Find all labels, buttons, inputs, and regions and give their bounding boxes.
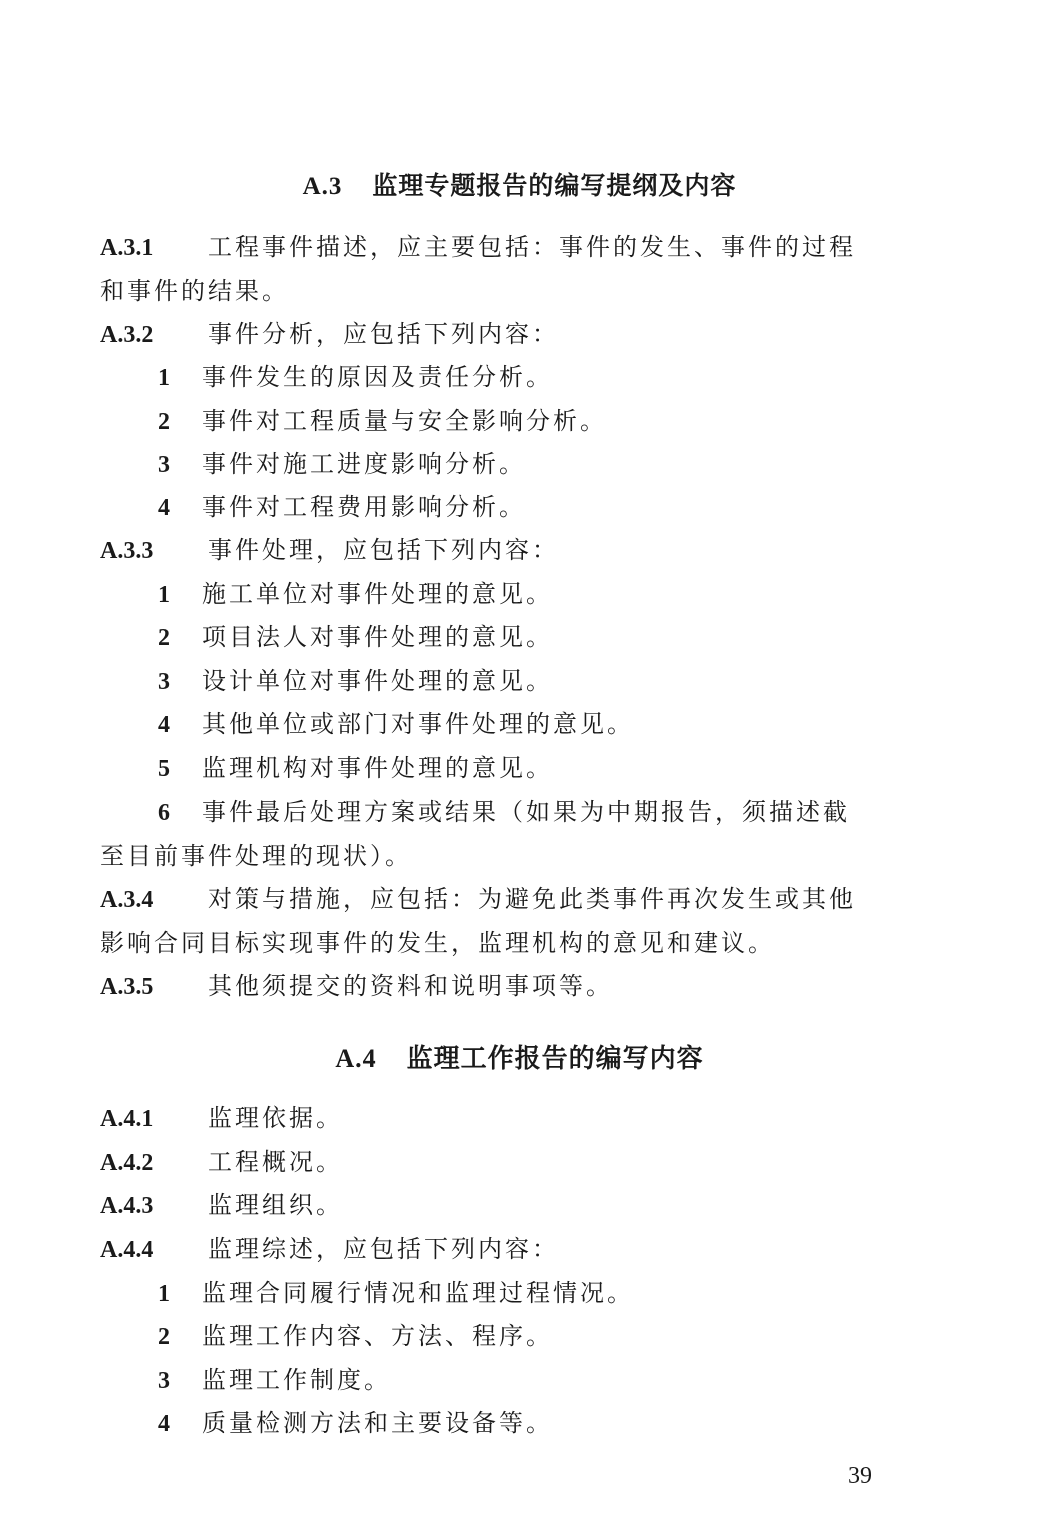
clause-a3-4-line-2: 影响合同目标实现事件的发生，监理机构的意见和建议。 bbox=[100, 927, 930, 959]
item-number: 3 bbox=[158, 449, 202, 481]
item-number: 2 bbox=[158, 406, 202, 438]
clause-number: A.3.4 bbox=[100, 884, 208, 916]
section-number: A.4 bbox=[335, 1044, 376, 1073]
clause-a4-4: A.4.4监理综述，应包括下列内容： bbox=[100, 1233, 930, 1266]
item-text: 事件对工程费用影响分析。 bbox=[202, 493, 526, 521]
item-number: 2 bbox=[158, 1321, 202, 1353]
clause-text: 和事件的结果。 bbox=[100, 277, 289, 305]
list-item-continuation: 至目前事件处理的现状）。 bbox=[100, 840, 930, 872]
list-item: 3事件对施工进度影响分析。 bbox=[158, 448, 988, 481]
clause-text: 其他须提交的资料和说明事项等。 bbox=[208, 972, 613, 1000]
clause-a3-4-line-1: A.3.4对策与措施，应包括：为避免此类事件再次发生或其他 bbox=[100, 883, 930, 916]
clause-text: 影响合同目标实现事件的发生，监理机构的意见和建议。 bbox=[100, 929, 775, 957]
item-number: 4 bbox=[158, 1408, 202, 1440]
item-number: 3 bbox=[158, 666, 202, 698]
item-text: 监理工作制度。 bbox=[202, 1366, 391, 1394]
item-number: 2 bbox=[158, 622, 202, 654]
item-text: 事件最后处理方案或结果（如果为中期报告，须描述截 bbox=[202, 798, 850, 826]
clause-a3-1-line-1: A.3.1工程事件描述，应主要包括：事件的发生、事件的过程 bbox=[100, 231, 930, 264]
list-item: 4事件对工程费用影响分析。 bbox=[158, 491, 988, 524]
item-number: 1 bbox=[158, 1278, 202, 1310]
item-text: 监理机构对事件处理的意见。 bbox=[202, 754, 553, 782]
clause-number: A.4.3 bbox=[100, 1190, 208, 1222]
clause-number: A.3.2 bbox=[100, 319, 208, 351]
clause-number: A.3.3 bbox=[100, 535, 208, 567]
clause-text: 事件处理，应包括下列内容： bbox=[208, 536, 559, 564]
list-item: 2监理工作内容、方法、程序。 bbox=[158, 1320, 988, 1353]
clause-number: A.4.2 bbox=[100, 1147, 208, 1179]
clause-a3-1-line-2: 和事件的结果。 bbox=[100, 275, 930, 307]
clause-text: 工程事件描述，应主要包括：事件的发生、事件的过程 bbox=[208, 233, 856, 261]
list-item: 3监理工作制度。 bbox=[158, 1364, 988, 1397]
clause-a4-3: A.4.3监理组织。 bbox=[100, 1189, 930, 1222]
item-number: 4 bbox=[158, 492, 202, 524]
section-heading-a3: A.3监理专题报告的编写提纲及内容 bbox=[0, 166, 1039, 202]
list-item: 2事件对工程质量与安全影响分析。 bbox=[158, 405, 988, 438]
clause-number: A.3.5 bbox=[100, 971, 208, 1003]
item-number: 1 bbox=[158, 362, 202, 394]
item-number: 4 bbox=[158, 709, 202, 741]
item-text: 项目法人对事件处理的意见。 bbox=[202, 623, 553, 651]
clause-text: 监理依据。 bbox=[208, 1104, 343, 1132]
item-text: 事件对工程质量与安全影响分析。 bbox=[202, 407, 607, 435]
section-heading-a4: A.4监理工作报告的编写内容 bbox=[0, 1038, 1039, 1075]
clause-a3-2: A.3.2事件分析，应包括下列内容： bbox=[100, 318, 930, 351]
list-item: 6事件最后处理方案或结果（如果为中期报告，须描述截 bbox=[158, 796, 988, 829]
list-item: 4质量检测方法和主要设备等。 bbox=[158, 1407, 988, 1440]
item-number: 5 bbox=[158, 753, 202, 785]
clause-number: A.4.1 bbox=[100, 1103, 208, 1135]
clause-text: 监理综述，应包括下列内容： bbox=[208, 1235, 559, 1263]
clause-number: A.4.4 bbox=[100, 1234, 208, 1266]
list-item: 1监理合同履行情况和监理过程情况。 bbox=[158, 1277, 988, 1310]
section-title: 监理专题报告的编写提纲及内容 bbox=[372, 171, 736, 200]
item-text: 质量检测方法和主要设备等。 bbox=[202, 1409, 553, 1437]
item-number: 1 bbox=[158, 579, 202, 611]
clause-a3-5: A.3.5其他须提交的资料和说明事项等。 bbox=[100, 970, 930, 1003]
list-item: 1事件发生的原因及责任分析。 bbox=[158, 361, 988, 394]
document-page: A.3监理专题报告的编写提纲及内容 A.3.1工程事件描述，应主要包括：事件的发… bbox=[0, 0, 1039, 1530]
item-text: 至目前事件处理的现状）。 bbox=[100, 842, 412, 870]
item-text: 施工单位对事件处理的意见。 bbox=[202, 580, 553, 608]
list-item: 1施工单位对事件处理的意见。 bbox=[158, 578, 988, 611]
page-number: 39 bbox=[848, 1463, 872, 1490]
list-item: 5监理机构对事件处理的意见。 bbox=[158, 752, 988, 785]
section-number: A.3 bbox=[303, 173, 343, 200]
section-title: 监理工作报告的编写内容 bbox=[407, 1044, 704, 1074]
list-item: 4其他单位或部门对事件处理的意见。 bbox=[158, 708, 988, 741]
clause-a3-3: A.3.3事件处理，应包括下列内容： bbox=[100, 534, 930, 567]
clause-a4-1: A.4.1监理依据。 bbox=[100, 1102, 930, 1135]
clause-text: 监理组织。 bbox=[208, 1191, 343, 1219]
item-text: 设计单位对事件处理的意见。 bbox=[202, 667, 553, 695]
list-item: 2项目法人对事件处理的意见。 bbox=[158, 621, 988, 654]
item-text: 监理工作内容、方法、程序。 bbox=[202, 1322, 553, 1350]
clause-a4-2: A.4.2工程概况。 bbox=[100, 1146, 930, 1179]
clause-number: A.3.1 bbox=[100, 232, 208, 264]
clause-text: 工程概况。 bbox=[208, 1148, 343, 1176]
clause-text: 事件分析，应包括下列内容： bbox=[208, 320, 559, 348]
item-text: 其他单位或部门对事件处理的意见。 bbox=[202, 710, 634, 738]
item-text: 事件发生的原因及责任分析。 bbox=[202, 363, 553, 391]
list-item: 3设计单位对事件处理的意见。 bbox=[158, 665, 988, 698]
item-text: 事件对施工进度影响分析。 bbox=[202, 450, 526, 478]
item-number: 3 bbox=[158, 1365, 202, 1397]
item-text: 监理合同履行情况和监理过程情况。 bbox=[202, 1279, 634, 1307]
clause-text: 对策与措施，应包括：为避免此类事件再次发生或其他 bbox=[208, 885, 856, 913]
item-number: 6 bbox=[158, 797, 202, 829]
